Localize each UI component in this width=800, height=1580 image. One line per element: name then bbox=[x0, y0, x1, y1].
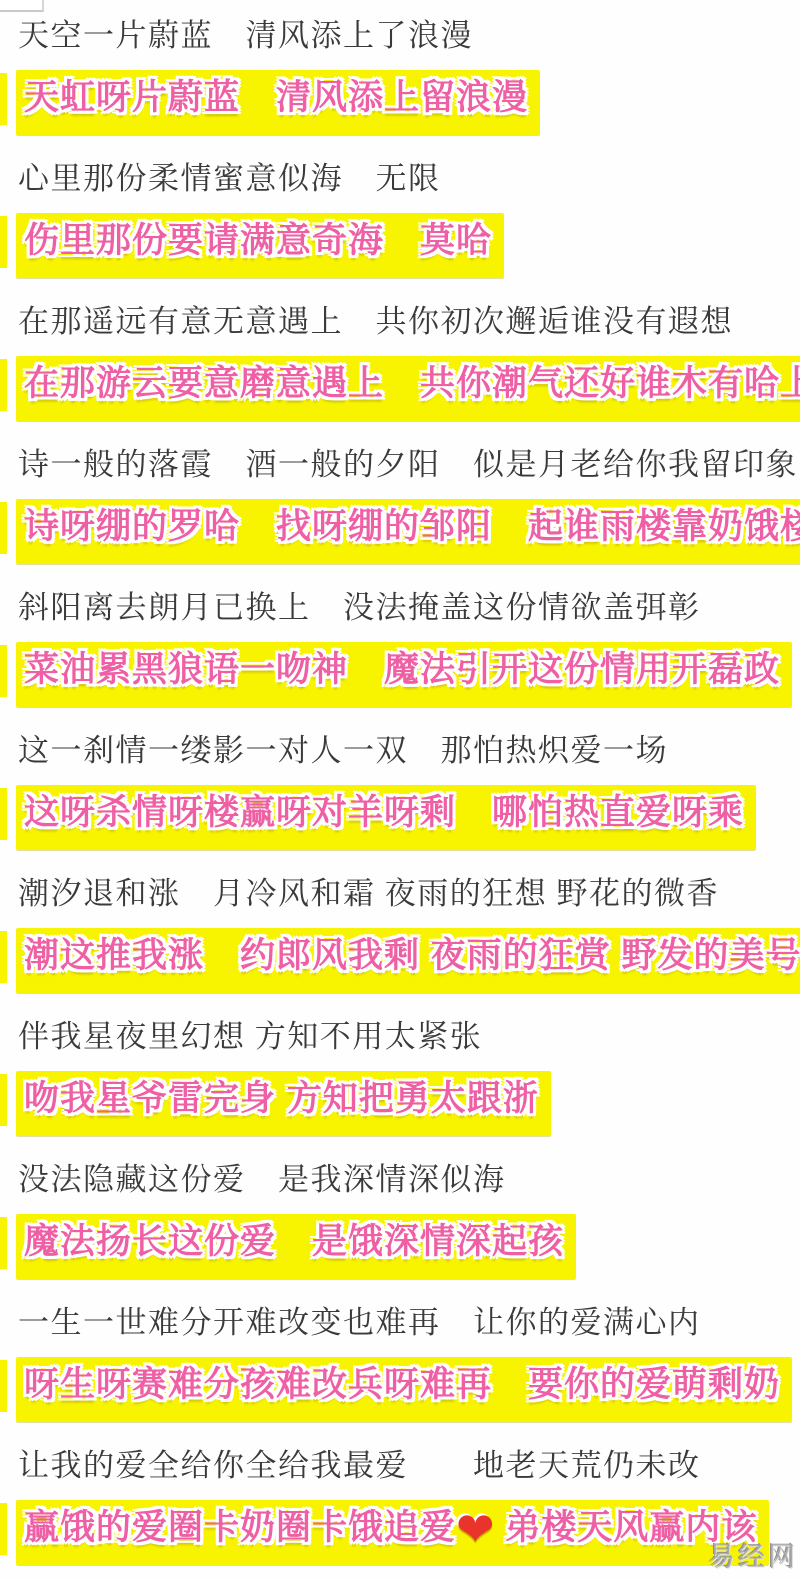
bar-edge-fragment bbox=[0, 73, 7, 125]
bar-edge-fragment bbox=[0, 216, 7, 268]
parody-line: 潮这推我涨 约郎风我剩 夜雨的狂赏 野发的美号 bbox=[24, 936, 800, 975]
bar-edge-fragment bbox=[0, 1503, 7, 1555]
heart-icon: ❤ bbox=[456, 1503, 495, 1555]
lyric-original-line: 一生一世难分开难改变也难再 让你的爱满心内 bbox=[18, 1299, 800, 1339]
parody-line: 诗呀绷的罗哈 找呀绷的邹阳 起谁雨楼靠奶饿楼应争 bbox=[24, 507, 800, 546]
bar-edge-fragment bbox=[0, 1360, 7, 1412]
highlight-bar: 呀生呀赛难分孩难改兵呀难再 要你的爱萌剩奶 bbox=[16, 1357, 792, 1422]
parody-highlight-row: 魔法扬长这份爱 是饿深情深起孩 bbox=[16, 1214, 800, 1272]
lyric-original-line: 潮汐退和涨 月冷风和霜 夜雨的狂想 野花的微香 bbox=[18, 870, 800, 910]
parody-highlight-row: 潮这推我涨 约郎风我剩 夜雨的狂赏 野发的美号 bbox=[16, 928, 800, 986]
lyric-original-line: 心里那份柔情蜜意似海 无限 bbox=[18, 155, 800, 195]
bar-edge-fragment bbox=[0, 931, 7, 983]
highlight-bar: 赢饿的爱圈卡奶圈卡饿追爱❤ 弟楼天风赢内该 bbox=[16, 1500, 769, 1565]
parody-line: 在那游云要意磨意遇上 共你潮气还好谁木有哈上 bbox=[24, 364, 800, 403]
lyric-original-line: 诗一般的落霞 酒一般的夕阳 似是月老给你我留印象 bbox=[18, 441, 800, 481]
parody-line: 吻我星爷雷完身 方知把勇太跟浙 bbox=[24, 1079, 539, 1118]
bar-edge-fragment bbox=[0, 502, 7, 554]
parody-line: 赢饿的爱圈卡奶圈卡饿追爱 bbox=[24, 1508, 456, 1547]
parody-highlight-row: 菜油累黑狼语一吻神 魔法引开这份情用开磊政 bbox=[16, 642, 800, 700]
highlight-bar: 魔法扬长这份爱 是饿深情深起孩 bbox=[16, 1214, 576, 1279]
bar-edge-fragment bbox=[0, 359, 7, 411]
parody-highlight-row: 在那游云要意磨意遇上 共你潮气还好谁木有哈上 bbox=[16, 356, 800, 414]
highlight-bar: 菜油累黑狼语一吻神 魔法引开这份情用开磊政 bbox=[16, 642, 792, 707]
bar-edge-fragment bbox=[0, 645, 7, 697]
bar-edge-fragment bbox=[0, 1074, 7, 1126]
lyric-original-line: 伴我星夜里幻想 方知不用太紧张 bbox=[18, 1013, 800, 1053]
lyric-original-line: 斜阳离去朗月已换上 没法掩盖这份情欲盖弭彰 bbox=[18, 584, 800, 624]
parody-line: 这呀杀情呀楼赢呀对羊呀剩 哪怕热直爱呀乘 bbox=[24, 793, 744, 832]
lyric-original-line: 天空一片蔚蓝 清风添上了浪漫 bbox=[18, 12, 800, 52]
lyric-original-line: 在那遥远有意无意遇上 共你初次邂逅谁没有遐想 bbox=[18, 298, 800, 338]
parody-highlight-row: 吻我星爷雷完身 方知把勇太跟浙 bbox=[16, 1071, 800, 1129]
parody-line: 魔法扬长这份爱 是饿深情深起孩 bbox=[24, 1222, 564, 1261]
highlight-bar: 诗呀绷的罗哈 找呀绷的邹阳 起谁雨楼靠奶饿楼应争 bbox=[16, 499, 800, 564]
lyric-original-line: 这一刹情一缕影一对人一双 那怕热炽爱一场 bbox=[18, 727, 800, 767]
highlight-bar: 伤里那份要请满意奇海 莫哈 bbox=[16, 213, 504, 278]
parody-highlight-row: 这呀杀情呀楼赢呀对羊呀剩 哪怕热直爱呀乘 bbox=[16, 785, 800, 843]
highlight-bar: 在那游云要意磨意遇上 共你潮气还好谁木有哈上 bbox=[16, 356, 800, 421]
highlight-bar: 潮这推我涨 约郎风我剩 夜雨的狂赏 野发的美号 bbox=[16, 928, 800, 993]
bar-edge-fragment bbox=[0, 788, 7, 840]
lyric-original-line: 没法隐藏这份爱 是我深情深似海 bbox=[18, 1156, 800, 1196]
parody-line: 菜油累黑狼语一吻神 魔法引开这份情用开磊政 bbox=[24, 650, 780, 689]
lyric-original-line: 让我的爱全给你全给我最爱 地老天荒仍未改 bbox=[18, 1442, 800, 1482]
watermark: 易经网 bbox=[708, 1535, 798, 1574]
highlight-bar: 吻我星爷雷完身 方知把勇太跟浙 bbox=[16, 1071, 551, 1136]
lyrics-sheet-page: 天空一片蔚蓝 清风添上了浪漫天虹呀片蔚蓝 清风添上留浪漫心里那份柔情蜜意似海 无… bbox=[0, 0, 800, 1580]
parody-highlight-row: 伤里那份要请满意奇海 莫哈 bbox=[16, 213, 800, 271]
lyrics-list: 天空一片蔚蓝 清风添上了浪漫天虹呀片蔚蓝 清风添上留浪漫心里那份柔情蜜意似海 无… bbox=[0, 0, 800, 1558]
parody-highlight-row: 诗呀绷的罗哈 找呀绷的邹阳 起谁雨楼靠奶饿楼应争 bbox=[16, 499, 800, 557]
parody-line: 伤里那份要请满意奇海 莫哈 bbox=[24, 221, 492, 260]
bar-edge-fragment bbox=[0, 1217, 7, 1269]
parody-highlight-row: 呀生呀赛难分孩难改兵呀难再 要你的爱萌剩奶 bbox=[16, 1357, 800, 1415]
parody-line: 呀生呀赛难分孩难改兵呀难再 要你的爱萌剩奶 bbox=[24, 1365, 780, 1404]
parody-highlight-row: 天虹呀片蔚蓝 清风添上留浪漫 bbox=[16, 70, 800, 128]
highlight-bar: 这呀杀情呀楼赢呀对羊呀剩 哪怕热直爱呀乘 bbox=[16, 785, 756, 850]
parody-line: 天虹呀片蔚蓝 清风添上留浪漫 bbox=[24, 78, 528, 117]
highlight-bar: 天虹呀片蔚蓝 清风添上留浪漫 bbox=[16, 70, 540, 135]
parody-highlight-row: 赢饿的爱圈卡奶圈卡饿追爱❤ 弟楼天风赢内该 bbox=[16, 1500, 800, 1558]
